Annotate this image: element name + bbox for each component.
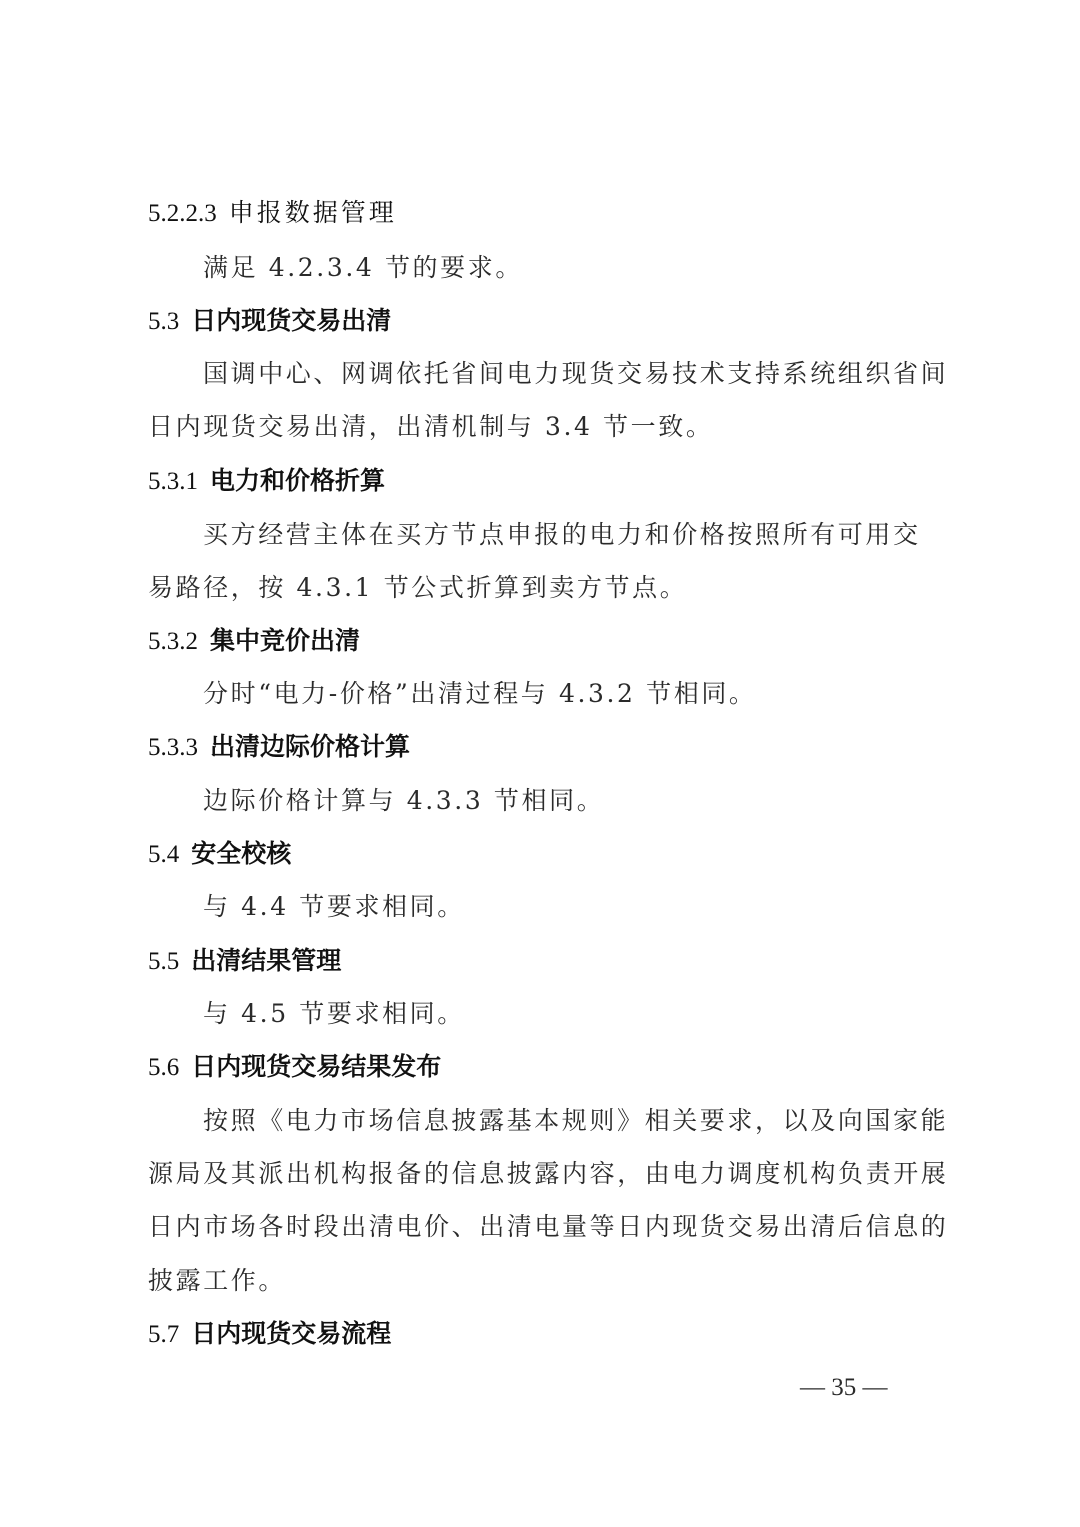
section-title: 电力和价格折算 [210,466,385,495]
section-title: 出清边际价格计算 [210,732,410,761]
paragraph-line: 日内市场各时段出清电价、出清电量等日内现货交易出清后信息的 [148,1210,948,1244]
paragraph-line: 国调中心、网调依托省间电力现货交易技术支持系统组织省间 [203,357,948,391]
section-heading-5-4: 5.4安全校核 [148,837,291,871]
section-number: 5.5 [148,948,179,975]
paragraph-line: 与 4.5 节要求相同。 [203,997,465,1031]
section-heading-5-5: 5.5出清结果管理 [148,944,341,978]
paragraph-line: 边际价格计算与 4.3.3 节相同。 [203,784,604,818]
section-number: 5.3.1 [148,468,198,495]
section-heading-5-3-2: 5.3.2集中竞价出清 [148,624,360,658]
paragraph-line: 满足 4.2.3.4 节的要求。 [203,251,523,285]
section-title: 安全校核 [191,839,291,868]
section-number: 5.3.3 [148,734,198,761]
paragraph-line: 源局及其派出机构报备的信息披露内容，由电力调度机构负责开展 [148,1157,948,1191]
section-title: 出清结果管理 [191,946,341,975]
section-heading-5-7: 5.7日内现货交易流程 [148,1317,391,1351]
section-number: 5.2.2.3 [148,200,217,227]
section-number: 5.3.2 [148,628,198,655]
section-number: 5.3 [148,308,179,335]
section-title: 申报数据管理 [229,198,397,227]
section-number: 5.4 [148,841,179,868]
section-number: 5.7 [148,1321,179,1348]
section-heading-5-3-1: 5.3.1电力和价格折算 [148,464,385,498]
section-number: 5.6 [148,1054,179,1081]
document-page: 5.2.2.3申报数据管理 满足 4.2.3.4 节的要求。 5.3日内现货交易… [0,0,1080,1527]
section-title: 集中竞价出清 [210,626,360,655]
section-title: 日内现货交易出清 [191,306,391,335]
section-title: 日内现货交易结果发布 [191,1052,441,1081]
paragraph-line: 日内现货交易出清，出清机制与 3.4 节一致。 [148,410,713,444]
paragraph-line: 分时“电力-价格”出清过程与 4.3.2 节相同。 [203,677,757,711]
paragraph-line: 按照《电力市场信息披露基本规则》相关要求，以及向国家能 [203,1104,948,1138]
section-title: 日内现货交易流程 [191,1319,391,1348]
paragraph-line: 买方经营主体在买方节点申报的电力和价格按照所有可用交 [203,518,921,552]
page-number: — 35 — [800,1374,888,1402]
section-heading-5-2-2-3: 5.2.2.3申报数据管理 [148,196,397,230]
section-heading-5-6: 5.6日内现货交易结果发布 [148,1050,441,1084]
paragraph-line: 披露工作。 [148,1264,286,1298]
section-heading-5-3-3: 5.3.3出清边际价格计算 [148,730,410,764]
paragraph-line: 易路径，按 4.3.1 节公式折算到卖方节点。 [148,571,687,605]
paragraph-line: 与 4.4 节要求相同。 [203,890,465,924]
section-heading-5-3: 5.3日内现货交易出清 [148,304,391,338]
